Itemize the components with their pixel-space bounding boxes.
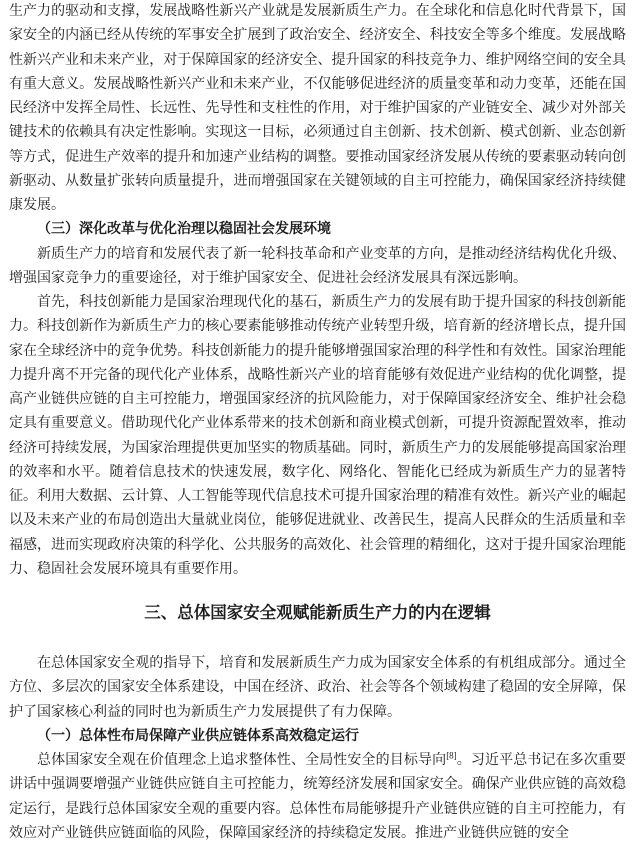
citation-ref-8: [8] xyxy=(446,750,457,760)
paragraph-continuation: 生产力的驱动和支撑，发展战略性新兴产业就是发展新质生产力。在全球化和信息化时代背… xyxy=(9,0,626,218)
paragraph-overall-view: 在总体国家安全观的指导下，培育和发展新质生产力成为国家安全体系的有机组成部分。通… xyxy=(9,652,626,725)
paragraph-governance: 首先，科技创新能力是国家治理现代化的基石，新质生产力的发展有助于提升国家的科技创… xyxy=(9,291,626,582)
document-page: 生产力的驱动和支撑，发展战略性新兴产业就是发展新质生产力。在全球化和信息化时代背… xyxy=(0,0,633,843)
subheading-section-3: （三）深化改革与优化治理以稳固社会发展环境 xyxy=(9,218,626,242)
supply-chain-text-before-citation: 总体国家安全观在价值理念上追求整体性、全局性安全的目标导向 xyxy=(37,753,446,768)
paragraph-supply-chain: 总体国家安全观在价值理念上追求整体性、全局性安全的目标导向[8]。习近平总书记在… xyxy=(9,749,626,843)
section-heading-part-3: 三、总体国家安全观赋能新质生产力的内在逻辑 xyxy=(9,601,626,625)
paragraph-cultivation: 新质生产力的培育和发展代表了新一轮科技革命和产业变革的方向，是推动经济结构优化升… xyxy=(9,243,626,292)
subheading-section-1: （一）总体性布局保障产业供应链体系高效稳定运行 xyxy=(9,725,626,749)
